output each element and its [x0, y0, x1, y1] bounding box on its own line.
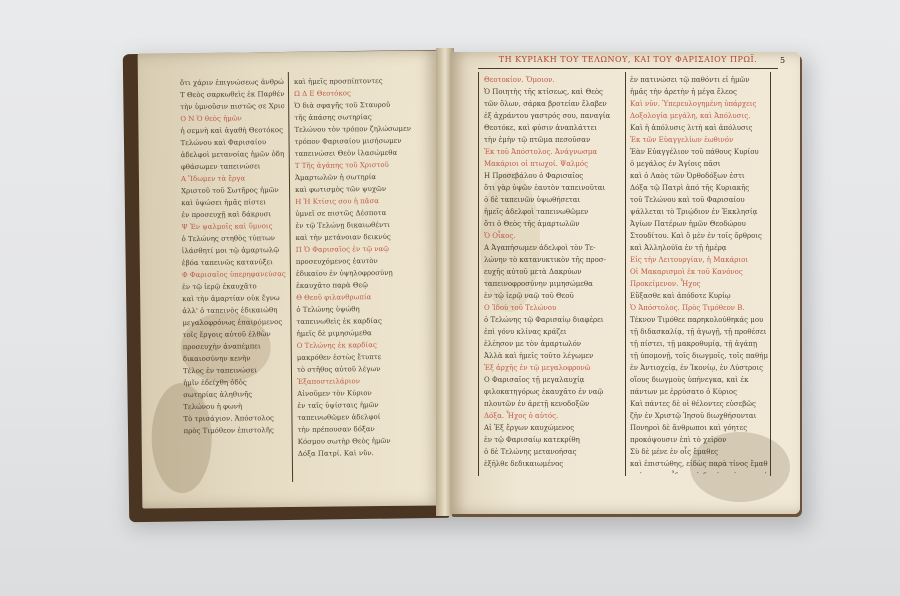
- left-page-column-1: ὅτι χάριν ἐπιγνώσεως ἀνθρώπωνΤ Θεὸς σαρκ…: [180, 76, 288, 482]
- header-rule: [478, 68, 778, 69]
- right-page-column-1: Θεοτοκίον. Ὅμοιον. Ὁ Ποιητὴς τῆς κτίσεως…: [484, 74, 622, 474]
- page-border-right: [770, 72, 771, 476]
- column-rule: [288, 72, 293, 482]
- left-page-column-2: καὶ ἡμεῖς προσπίπτοντεςΩ Δ Ε Θεοτόκος Ὁ …: [294, 75, 428, 481]
- page-border-left: [478, 72, 479, 476]
- left-page: ὅτι χάριν ἐπιγνώσεως ἀνθρώπωνΤ Θεὸς σαρκ…: [138, 50, 443, 508]
- doxology-rubric: Δοξολογία μεγάλη, καὶ Ἀπόλυσις.: [630, 110, 768, 122]
- right-page: Θεοτοκίον. Ὅμοιον. Ὁ Ποιητὴς τῆς κτίσεως…: [450, 52, 800, 514]
- page-header: ΤΗ ΚΥΡΙΑΚΗ ΤΟΥ ΤΕΛΩΝΟΥ, ΚΑΙ ΤΟΥ ΦΑΡΙΣΑΙΟ…: [478, 55, 778, 64]
- right-page-column-2: ἐν πατινώσει τῷ παθόντι εἰ ἡμῶνἡμᾶς τὴν …: [630, 74, 768, 474]
- page-number: 5: [780, 56, 785, 65]
- column-rule: [625, 72, 626, 476]
- column-heading: Θεοτοκίον. Ὅμοιον.: [484, 74, 622, 86]
